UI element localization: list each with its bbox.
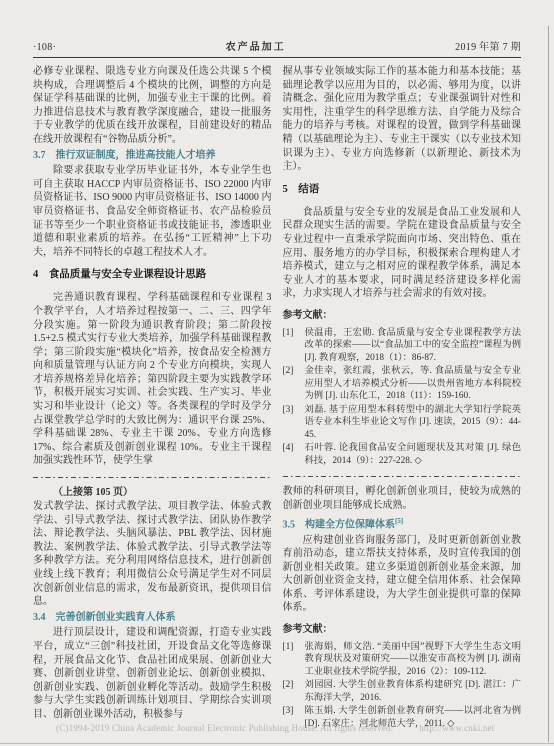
- reference-text: 侯温甫，王宏勋. 食品质量与安全专业课程教学方法改革的探索——以“食品加工中的安…: [305, 327, 522, 365]
- paragraph-certificates: 除要求获取专业学历毕业证书外，本专业学生也可自主获取 HACCP 内审员资格证书…: [33, 164, 272, 259]
- section-heading-3-7: 3.7 推行双证制度，推进高技能人才培养: [33, 149, 272, 163]
- copyright-text: (C)1994-2019 China Academic Journal Elec…: [56, 723, 393, 733]
- reference-item: [3] 刘磊. 基于应用型本科转型中的湖北大学知行学院英语专业本科生毕业论文写作…: [283, 404, 522, 442]
- paragraph-conclusion: 食品质量与安全专业的发展是食品工业发展和人民群众现实生活的需要。学院在建设食品质…: [283, 206, 522, 301]
- reference-text: 张海娟，师文浩. “美丽中国”视野下大学生生态文明教育现状及对策研究——以淮安市…: [305, 641, 522, 679]
- reference-list-1: [1] 侯温甫，王宏勋. 食品质量与安全专业课程教学方法改革的探索——以“食品加…: [283, 327, 522, 468]
- reference-number: [1]: [283, 641, 299, 679]
- journal-title: 农产品加工: [226, 38, 286, 53]
- paragraph-practice-system: 进行顶层设计，建设和调配资源，打造专业实践平台，成立“三创”科技社团，开设食品文…: [33, 626, 272, 721]
- page-header: ·108· 农产品加工 2019 年第 7 期: [33, 38, 521, 58]
- reference-number: [4]: [283, 442, 299, 467]
- reference-text: 石叶蓉. 论我国食品安全问题现状及其对策 [J]. 绿色科技，2014（9）：2…: [305, 442, 522, 467]
- section-heading-3-4: 3.4 完善创新创业实践育人体系: [33, 611, 272, 625]
- scan-edge-bottom: [0, 743, 554, 744]
- scan-edge-right: [548, 26, 549, 742]
- reference-item: [1] 张海娟，师文浩. “美丽中国”视野下大学生生态文明教育现状及对策研究——…: [283, 641, 522, 679]
- left-column: 必修专业课程、限选专业方向课及任选公共课 5 个模块构成，合理调整后 4 个模块…: [33, 65, 272, 731]
- reference-text: 金佳幸，张红霞，张秋云，等. 食品质量与安全专业应用型人才培养模式分析——以贵州…: [305, 365, 522, 403]
- reference-text: 刘园园. 大学生创业教育体系构建研究 [D]. 湛江：广东海洋大学，2016.: [305, 679, 522, 704]
- journal-page: ·108· 农产品加工 2019 年第 7 期 必修专业课程、限选专业方向课及任…: [0, 0, 554, 746]
- paragraph-curriculum: 完善通识教育课程、学科基础课程和专业课程 3 个教学平台，人才培养过程按第一、二…: [33, 291, 272, 468]
- citation-superscript: [5]: [395, 517, 403, 525]
- section-heading-3-5: 3.5 构建全方位保障体系[5]: [283, 515, 522, 532]
- reference-item: [2] 金佳幸，张红霞，张秋云，等. 食品质量与安全专业应用型人才培养模式分析—…: [283, 365, 522, 403]
- reference-number: [2]: [283, 365, 299, 403]
- section-separator: [33, 477, 272, 478]
- page-number: ·108·: [33, 42, 56, 53]
- paragraph-incubation: 教师的科研项目，孵化创新创业项目，使较为成熟的创新创业项目能够成长成熟。: [283, 485, 522, 512]
- paragraph-skills: 握从事专业领域实际工作的基本能力和基本技能；基础理论教学以应用为目的，以必需、够…: [283, 65, 522, 174]
- paragraph-modules: 必修专业课程、限选专业方向课及任选公共课 5 个模块构成，合理调整后 4 个模块…: [33, 65, 272, 147]
- reference-item: [4] 石叶蓉. 论我国食品安全问题现状及其对策 [J]. 绿色科技，2014（…: [283, 442, 522, 467]
- reference-number: [2]: [283, 679, 299, 704]
- reference-item: [2] 刘园园. 大学生创业教育体系构建研究 [D]. 湛江：广东海洋大学，20…: [283, 679, 522, 704]
- reference-list-2: [1] 张海娟，师文浩. “美丽中国”视野下大学生生态文明教育现状及对策研究——…: [283, 641, 522, 731]
- page-footer: (C)1994-2019 China Academic Journal Elec…: [56, 723, 524, 733]
- reference-item: [1] 侯温甫，王宏勋. 食品质量与安全专业课程教学方法改革的探索——以“食品加…: [283, 327, 522, 365]
- reference-number: [3]: [283, 404, 299, 442]
- right-column: 握从事专业领域实际工作的基本能力和基本技能；基础理论教学以应用为目的，以必需、够…: [283, 65, 522, 731]
- references-label: 参考文献：: [283, 623, 522, 637]
- paragraph-teaching-methods: 发式教学法、探讨式教学法、项目教学法、体验式教学法、引导式教学法、探讨式教学法、…: [33, 500, 272, 609]
- paragraph-guarantee: 应构建创业咨询服务部门，及时更新创新创业教育前沿动态，建立帮扶支持体系，及时宣传…: [283, 534, 522, 616]
- cnki-url: http://www.cnki.net: [419, 723, 494, 733]
- section-heading-4: 4 食品质量与安全专业课程设计思路: [33, 268, 272, 282]
- section-heading-3-5-text: 3.5 构建全方位保障体系: [283, 519, 396, 530]
- continuation-note: （上接第 105 页）: [33, 486, 272, 500]
- reference-text: 刘磊. 基于应用型本科转型中的湖北大学知行学院英语专业本科生毕业论文写作 [J]…: [305, 404, 522, 442]
- reference-number: [1]: [283, 327, 299, 365]
- section-heading-5: 5 结语: [283, 183, 522, 197]
- section-separator: [283, 476, 522, 477]
- issue-label: 2019 年第 7 期: [455, 38, 521, 53]
- references-label: 参考文献：: [283, 309, 522, 323]
- two-column-body: 必修专业课程、限选专业方向课及任选公共课 5 个模块构成，合理调整后 4 个模块…: [33, 65, 521, 731]
